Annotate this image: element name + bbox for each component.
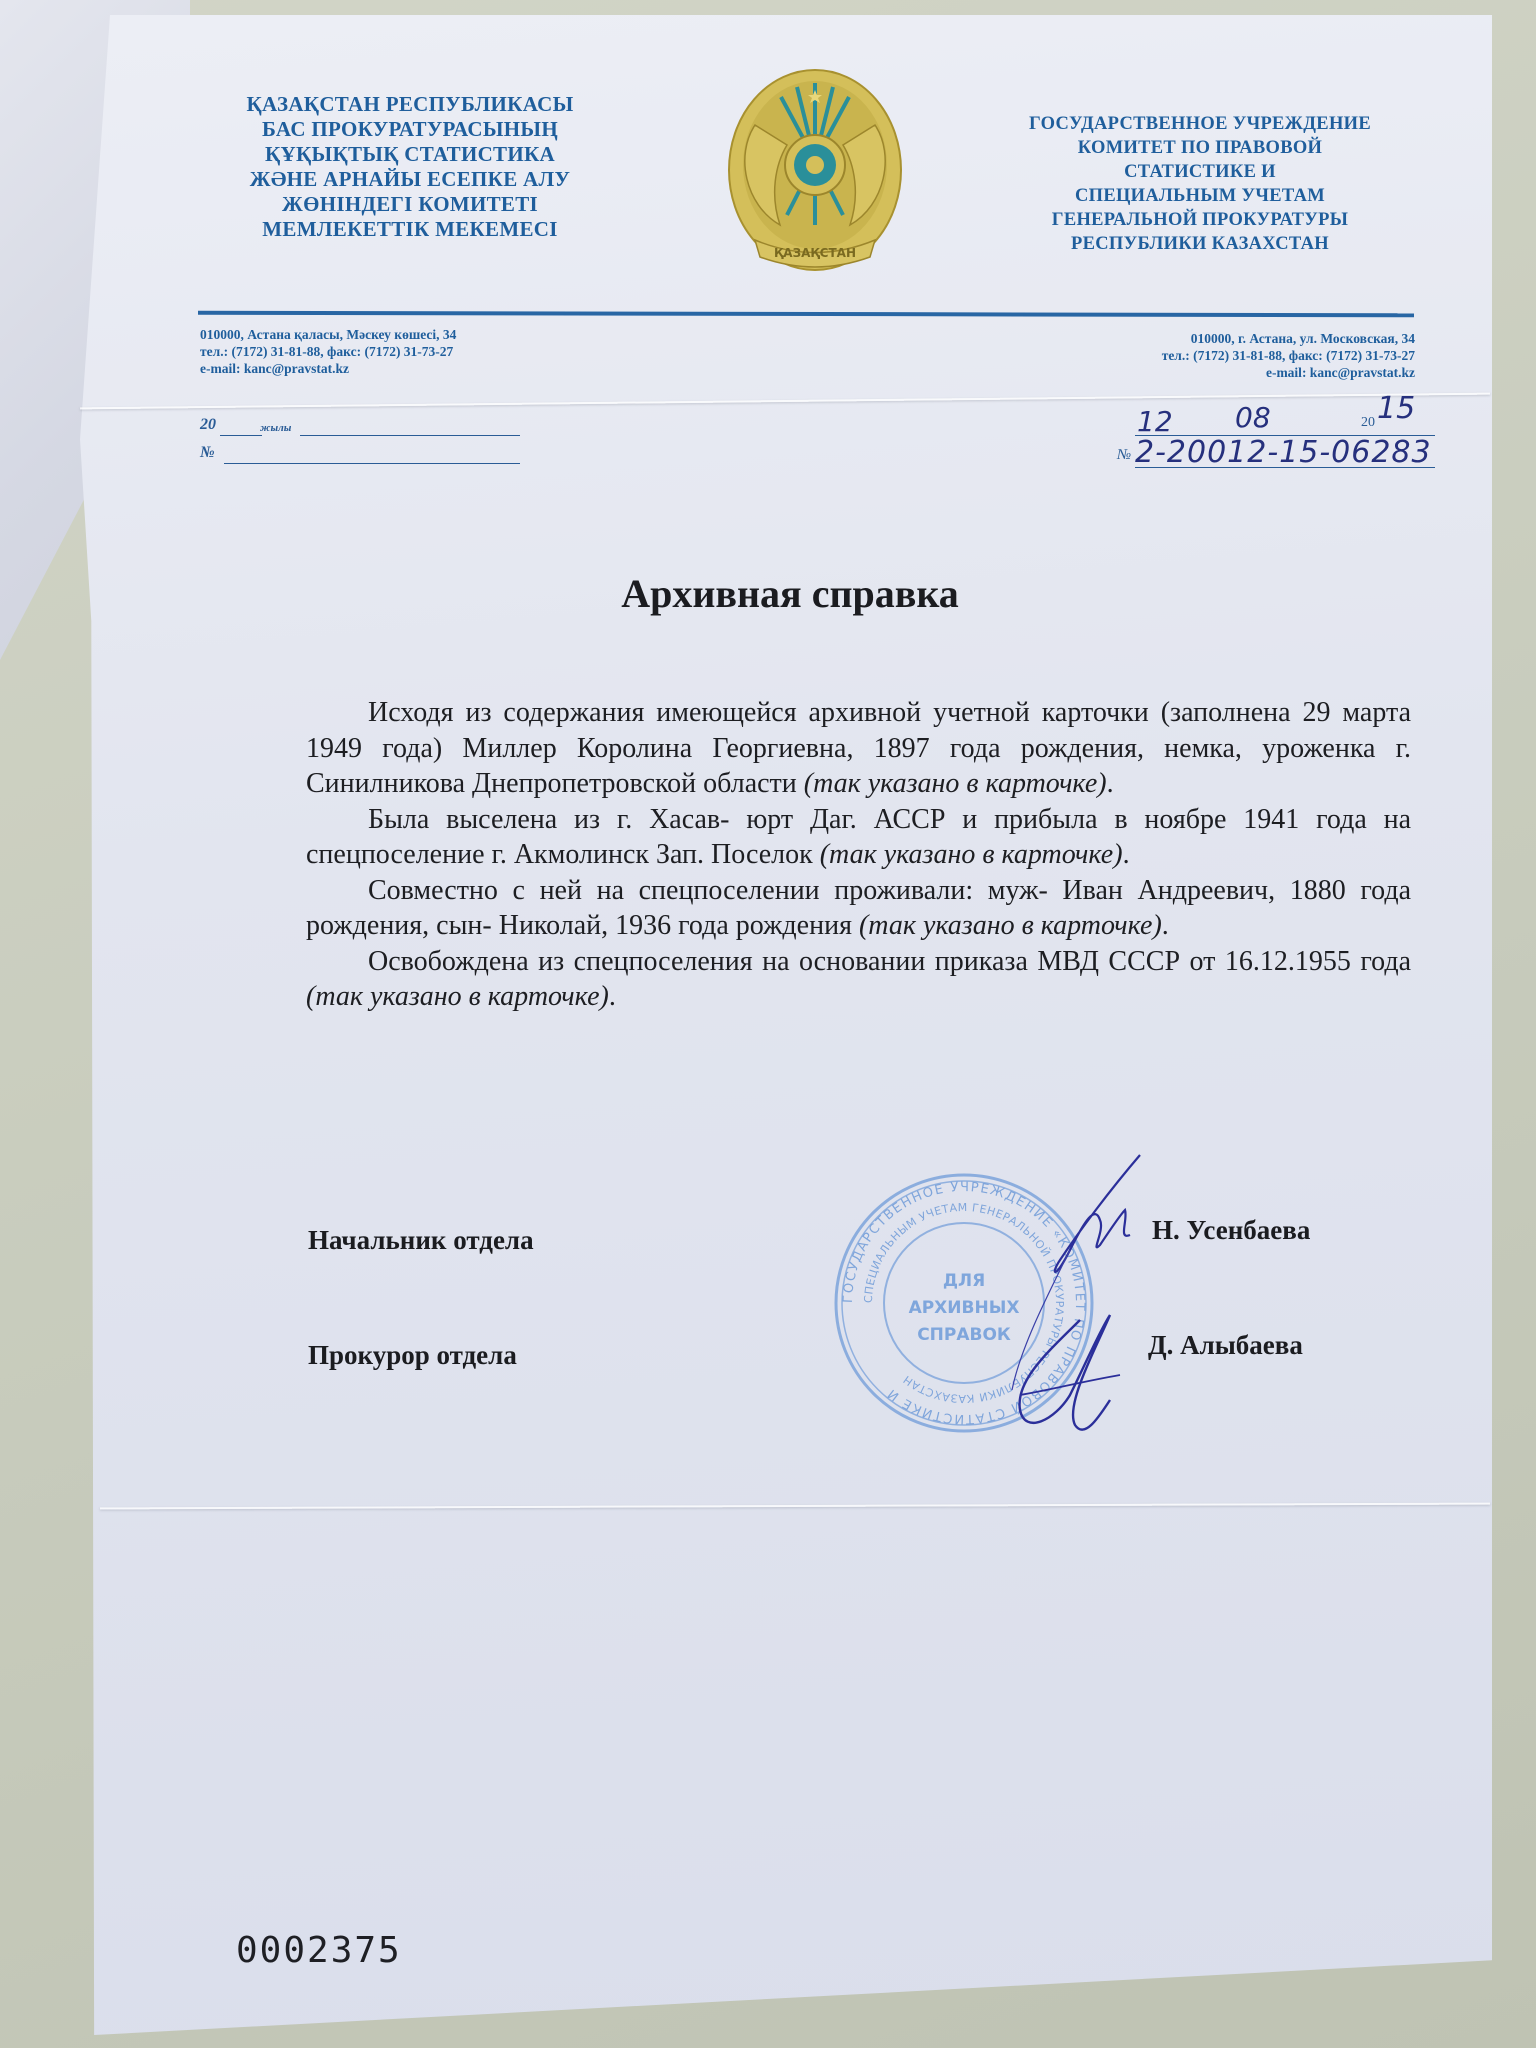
letterhead-line: МЕМЛЕКЕТТІК МЕКЕМЕСІ	[210, 217, 610, 242]
paragraph: Исходя из содержания имеющейся архивной …	[306, 695, 1411, 802]
letterhead-line: ЖӨНІНДЕГІ КОМИТЕТІ	[210, 192, 610, 217]
paragraph: Была выселена из г. Хасав- юрт Даг. АССР…	[306, 802, 1411, 873]
contact-address: 010000, Астана қаласы, Мәскеу көшесі, 34	[200, 326, 456, 343]
handwritten-year: 15	[1377, 391, 1415, 426]
letterhead-line: ҚҰҚЫҚТЫҚ СТАТИСТИКА	[210, 142, 610, 167]
registration-handwritten: 12 08 20 15 № 2-20012-15-06283	[1125, 405, 1435, 475]
handwritten-month: 08	[1235, 401, 1271, 434]
contact-email: e-mail: kanc@pravstat.kz	[1010, 364, 1415, 381]
registration-blank-left: 20 жылы №	[200, 410, 520, 466]
contact-block-russian: 010000, г. Астана, ул. Московская, 34 те…	[1010, 330, 1415, 381]
letterhead-line: ЖӘНЕ АРНАЙЫ ЕСЕПКЕ АЛУ	[210, 167, 610, 192]
letterhead-line: ГЕНЕРАЛЬНОЙ ПРОКУРАТУРЫ	[990, 208, 1410, 232]
letterhead-line: КОМИТЕТ ПО ПРАВОВОЙ	[990, 136, 1410, 160]
letterhead-line: РЕСПУБЛИКИ КАЗАХСТАН	[990, 232, 1410, 256]
number-sign: №	[1117, 447, 1131, 464]
letterhead-line: СТАТИСТИКЕ И	[990, 160, 1410, 184]
svg-text:ҚАЗАҚСТАН: ҚАЗАҚСТАН	[774, 246, 856, 260]
signatory-role-prosecutor: Прокурор отдела	[308, 1340, 517, 1371]
handwritten-number: 2-20012-15-06283	[1135, 435, 1432, 470]
handwritten-day: 12	[1137, 405, 1173, 438]
paragraph: Совместно с ней на спецпоселении прожива…	[306, 873, 1411, 944]
letterhead-line: СПЕЦИАЛЬНЫМ УЧЕТАМ	[990, 184, 1410, 208]
paragraph: Освобождена из спецпоселения на основани…	[306, 944, 1411, 1015]
date-line: 20 жылы	[200, 410, 520, 438]
signatory-role-head: Начальник отдела	[308, 1225, 534, 1256]
number-line: №	[200, 438, 520, 466]
year-prefix: 20	[1361, 415, 1375, 431]
serial-number: 0002375	[236, 1930, 402, 1971]
letterhead-kazakh: ҚАЗАҚСТАН РЕСПУБЛИКАСЫ БАС ПРОКУРАТУРАСЫ…	[210, 92, 610, 242]
number-sign: №	[200, 444, 215, 462]
letterhead-line: ҚАЗАҚСТАН РЕСПУБЛИКАСЫ	[210, 92, 610, 117]
letterhead-line: БАС ПРОКУРАТУРАСЫНЫҢ	[210, 117, 610, 142]
contact-block-kazakh: 010000, Астана қаласы, Мәскеу көшесі, 34…	[200, 326, 456, 377]
document-title: Архивная справка	[0, 570, 1536, 617]
letterhead-russian: ГОСУДАРСТВЕННОЕ УЧРЕЖДЕНИЕ КОМИТЕТ ПО ПР…	[990, 112, 1410, 256]
year-prefix: 20	[200, 416, 216, 434]
document-body: Исходя из содержания имеющейся архивной …	[306, 695, 1411, 1015]
year-suffix: жылы	[260, 422, 291, 434]
contact-phone: тел.: (7172) 31-81-88, факс: (7172) 31-7…	[200, 343, 456, 360]
handwritten-signatures-icon	[960, 1150, 1180, 1450]
contact-address: 010000, г. Астана, ул. Московская, 34	[1010, 330, 1415, 347]
state-emblem-icon: ҚАЗАҚСТАН	[725, 65, 905, 275]
letterhead-line: ГОСУДАРСТВЕННОЕ УЧРЕЖДЕНИЕ	[990, 112, 1410, 136]
document-sheet	[80, 15, 1492, 2035]
contact-email: e-mail: kanc@pravstat.kz	[200, 360, 456, 377]
contact-phone: тел.: (7172) 31-81-88, факс: (7172) 31-7…	[1010, 347, 1415, 364]
